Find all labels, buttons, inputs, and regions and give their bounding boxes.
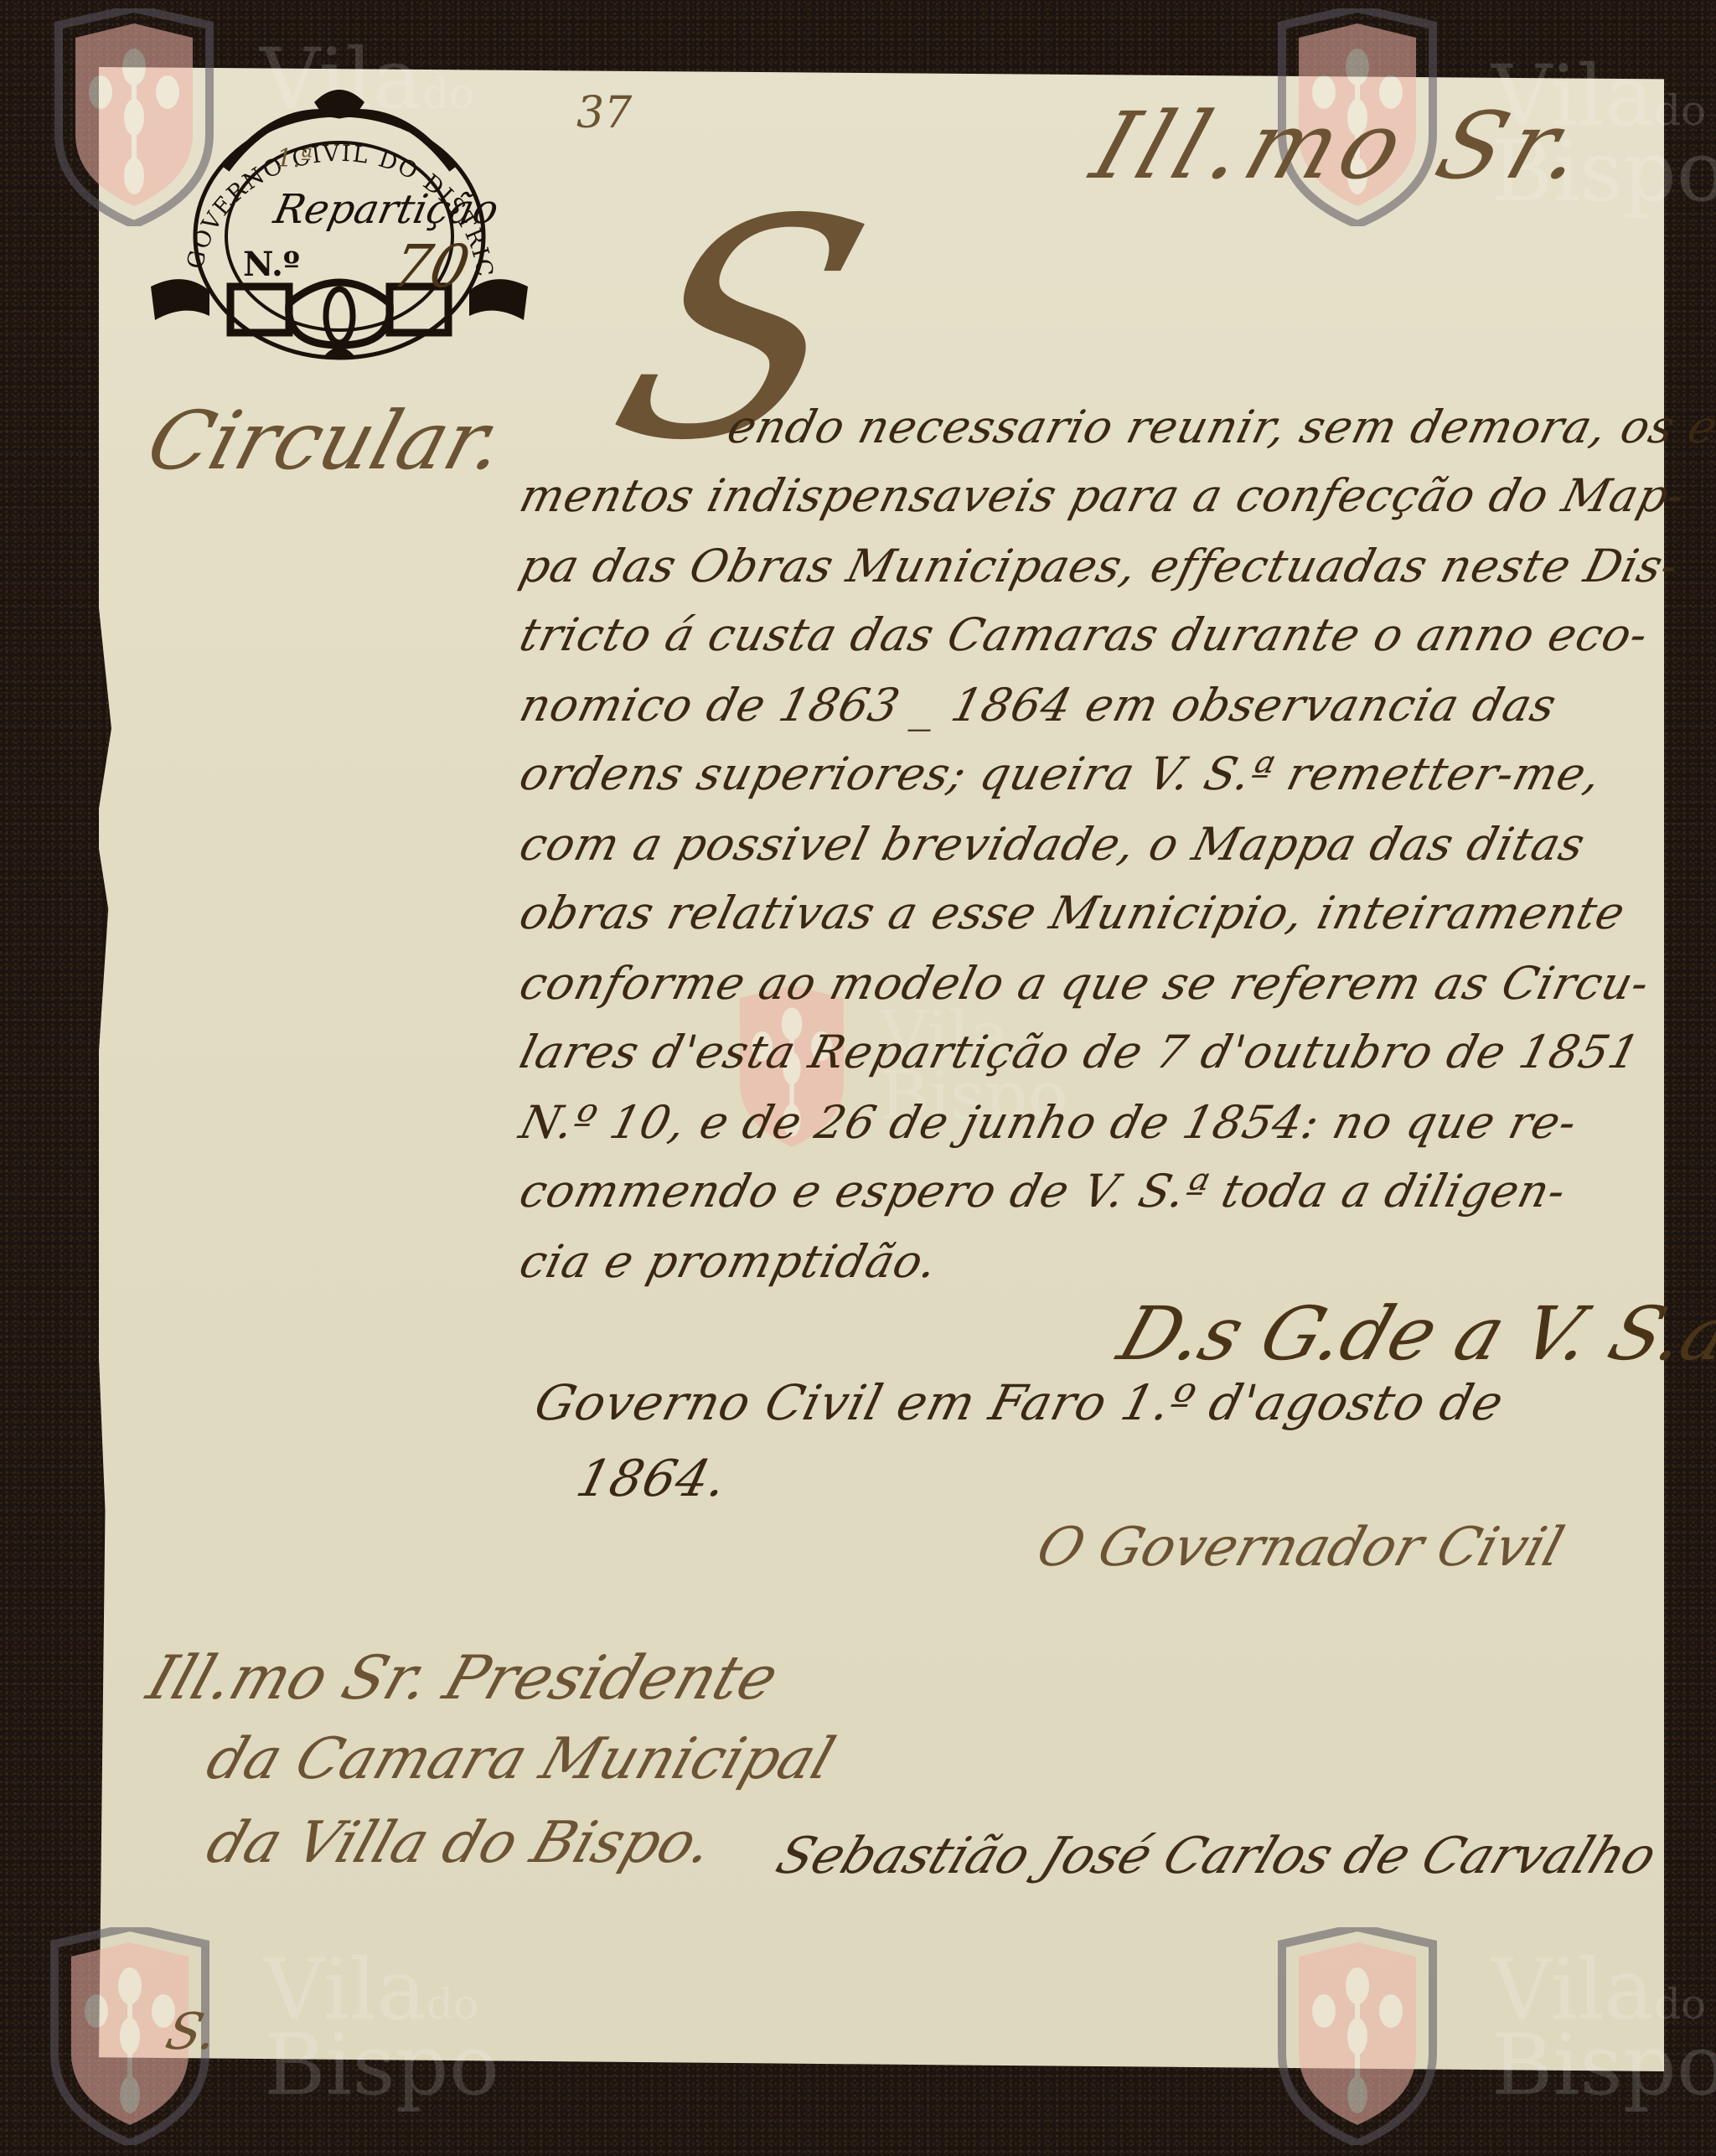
seal-marginal-note: 1.ª	[277, 144, 313, 173]
body-line: conforme ao modelo a que se referem as C…	[514, 957, 1655, 1010]
body-line: N.º 10, e de 26 de junho de 1854: no que…	[514, 1096, 1583, 1149]
body-line: cia e promptidão.	[514, 1235, 943, 1288]
closing-formula: D.s G.de a V. S.a	[1109, 1290, 1716, 1377]
body-line: nomico de 1863 _ 1864 em observancia das	[514, 679, 1562, 732]
closing-year: 1864.	[571, 1450, 733, 1508]
body-line: endo necessario reunir, sem demora, os e…	[722, 401, 1716, 453]
addressee-line-3: da Villa do Bispo.	[199, 1810, 721, 1876]
body-line: tricto á custa das Camaras durante o ann…	[514, 608, 1654, 661]
body-line: mentos indispensaveis para a confecção d…	[514, 469, 1691, 522]
body-line: ordens superiores; queira V. S.ª remette…	[514, 747, 1607, 800]
margin-label-circular: Circular.	[137, 394, 516, 488]
body-line: lares d'esta Repartição de 7 d'outubro d…	[514, 1026, 1646, 1078]
body-line: obras relativas a esse Municipio, inteir…	[514, 887, 1631, 939]
signature: Sebastião José Carlos de Carvalho	[768, 1827, 1664, 1885]
district-seal: GOVERNO CIVIL DO DISTRICTO DE FARO Repar…	[151, 77, 528, 370]
signer-title: O Governador Civil	[1030, 1517, 1570, 1579]
body-line: com a possivel brevidade, o Mappa das di…	[514, 818, 1590, 871]
closing-place-date: Governo Civil em Faro 1.º d'agosto de	[530, 1374, 1510, 1431]
addressee-line-1: Ill.mo Sr. Presidente	[139, 1642, 787, 1713]
salutation-top: Ill.mo Sr.	[1080, 92, 1605, 199]
seal-number: 70	[386, 232, 476, 301]
body-line: pa das Obras Municipaes, effectuadas nes…	[514, 540, 1685, 592]
seal-number-prefix: N.º	[243, 245, 300, 284]
body-line: commendo e espero de V. S.ª toda a dilig…	[514, 1165, 1572, 1218]
addressee-line-2: da Camara Municipal	[199, 1726, 842, 1792]
seal-label: Repartição	[270, 186, 503, 233]
page-number: 37	[576, 88, 632, 138]
